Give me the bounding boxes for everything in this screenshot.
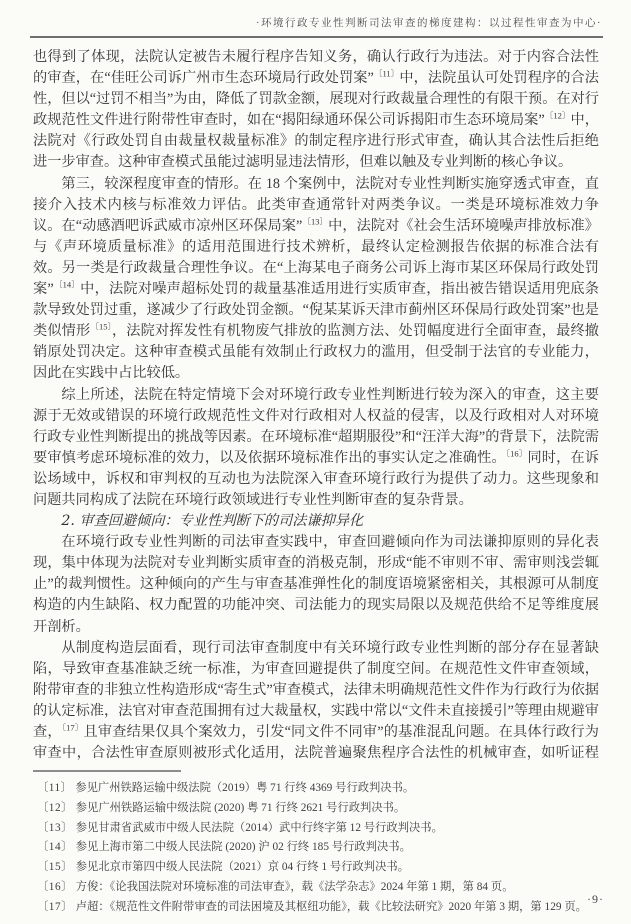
footnote-text: 参见上海市第二中级人民法院 (2020) 沪 02 行终 185 号行政判决书。 [76, 841, 411, 853]
footnote-ref: 〔12〕 [545, 111, 571, 121]
header-rule [30, 36, 603, 38]
footnote-item: 〔15〕 参见北京市第四中级人民法院（2021）京 04 行终 1 号行政判决书… [37, 858, 605, 878]
paragraph: 也得到了体现，法院认定被告未履行程序告知义务，确认行政行为违法。对于内容合法性的… [33, 47, 599, 174]
footnote-label: 〔14〕 [37, 841, 73, 853]
footnote-text: 卢超：《规范性文件附带审查的司法困境及其枢纽功能》，载《比较法研究》2020 年… [76, 901, 587, 913]
footnote-ref: 〔13〕 [302, 216, 328, 226]
footnotes-list: 〔11〕 参见广州铁路运输中级法院（2019）粤 71 行终 4369 号行政判… [37, 779, 605, 918]
footnote-text: 参见甘肃省武威市中级人民法院（2014）武中行终字第 12 号行政判决书。 [76, 822, 443, 834]
footnote-item: 〔12〕 参见广州铁路运输中级法院 (2020) 粤 71 行终 2621 号行… [37, 799, 605, 819]
paragraph: 在环境行政专业性判断的司法审查实践中，审查回避倾向作为司法谦抑原则的异化表现，集… [33, 532, 599, 637]
paragraph: 综上所述，法院在特定情境下会对环境行政专业性判断进行较为深入的审查，这主要源于无… [33, 385, 599, 512]
footnote-text: 参见广州铁路运输中级法院 (2020) 粤 71 行终 2621 号行政判决书。 [76, 802, 406, 814]
footnote-item: 〔14〕 参见上海市第二中级人民法院 (2020) 沪 02 行终 185 号行… [37, 838, 605, 858]
footnote-label: 〔11〕 [37, 782, 72, 794]
footnotes-separator [33, 770, 181, 772]
footnote-label: 〔12〕 [37, 802, 73, 814]
footnote-item: 〔16〕 方俊：《论我国法院对环境标准的司法审查》，载《法学杂志》2024 年第… [37, 878, 605, 898]
footnote-ref: 〔17〕 [62, 722, 84, 732]
footnote-label: 〔13〕 [37, 822, 73, 834]
footnote-item: 〔13〕 参见甘肃省武威市中级人民法院（2014）武中行终字第 12 号行政判决… [37, 819, 605, 839]
footnote-item: 〔11〕 参见广州铁路运输中级法院（2019）粤 71 行终 4369 号行政判… [37, 779, 605, 799]
section-subheading: 2. 审查回避倾向：专业性判断下的司法谦抑异化 [33, 511, 599, 532]
footnote-text: 方俊：《论我国法院对环境标准的司法审查》，载《法学杂志》2024 年第 1 期，… [76, 881, 514, 893]
footnote-ref: 〔11〕 [374, 68, 400, 78]
footnote-ref: 〔15〕 [90, 321, 112, 331]
paragraph: 第三，较深程度审查的情形。在 18 个案例中，法院对专业性判断实施穿透式审查，直… [33, 174, 599, 385]
footnote-label: 〔17〕 [37, 901, 73, 913]
footnote-text: 参见广州铁路运输中级法院（2019）粤 71 行终 4369 号行政判决书。 [75, 782, 414, 794]
article-body: 也得到了体现，法院认定被告未履行程序告知义务，确认行政行为违法。对于内容合法性的… [33, 47, 599, 761]
page-number: ·9· [587, 892, 604, 907]
footnote-text: 参见北京市第四中级人民法院（2021）京 04 行终 1 号行政判决书。 [76, 861, 409, 873]
footnote-label: 〔15〕 [37, 861, 73, 873]
footnote-label: 〔16〕 [37, 881, 73, 893]
running-header: ·环境行政专业性判断司法审查的梯度建构：以过程性审查为中心· [256, 15, 602, 30]
footnote-ref: 〔16〕 [506, 448, 528, 458]
footnote-ref: 〔14〕 [54, 279, 80, 289]
footnote-item: 〔17〕 卢超：《规范性文件附带审查的司法困境及其枢纽功能》，载《比较法研究》2… [37, 898, 605, 918]
journal-page: ·环境行政专业性判断司法审查的梯度建构：以过程性审查为中心· 也得到了体现，法院… [0, 0, 631, 924]
paragraph: 从制度构造层面看，现行司法审查制度中有关环境行政专业性判断的部分存在显著缺陷，导… [33, 638, 599, 761]
